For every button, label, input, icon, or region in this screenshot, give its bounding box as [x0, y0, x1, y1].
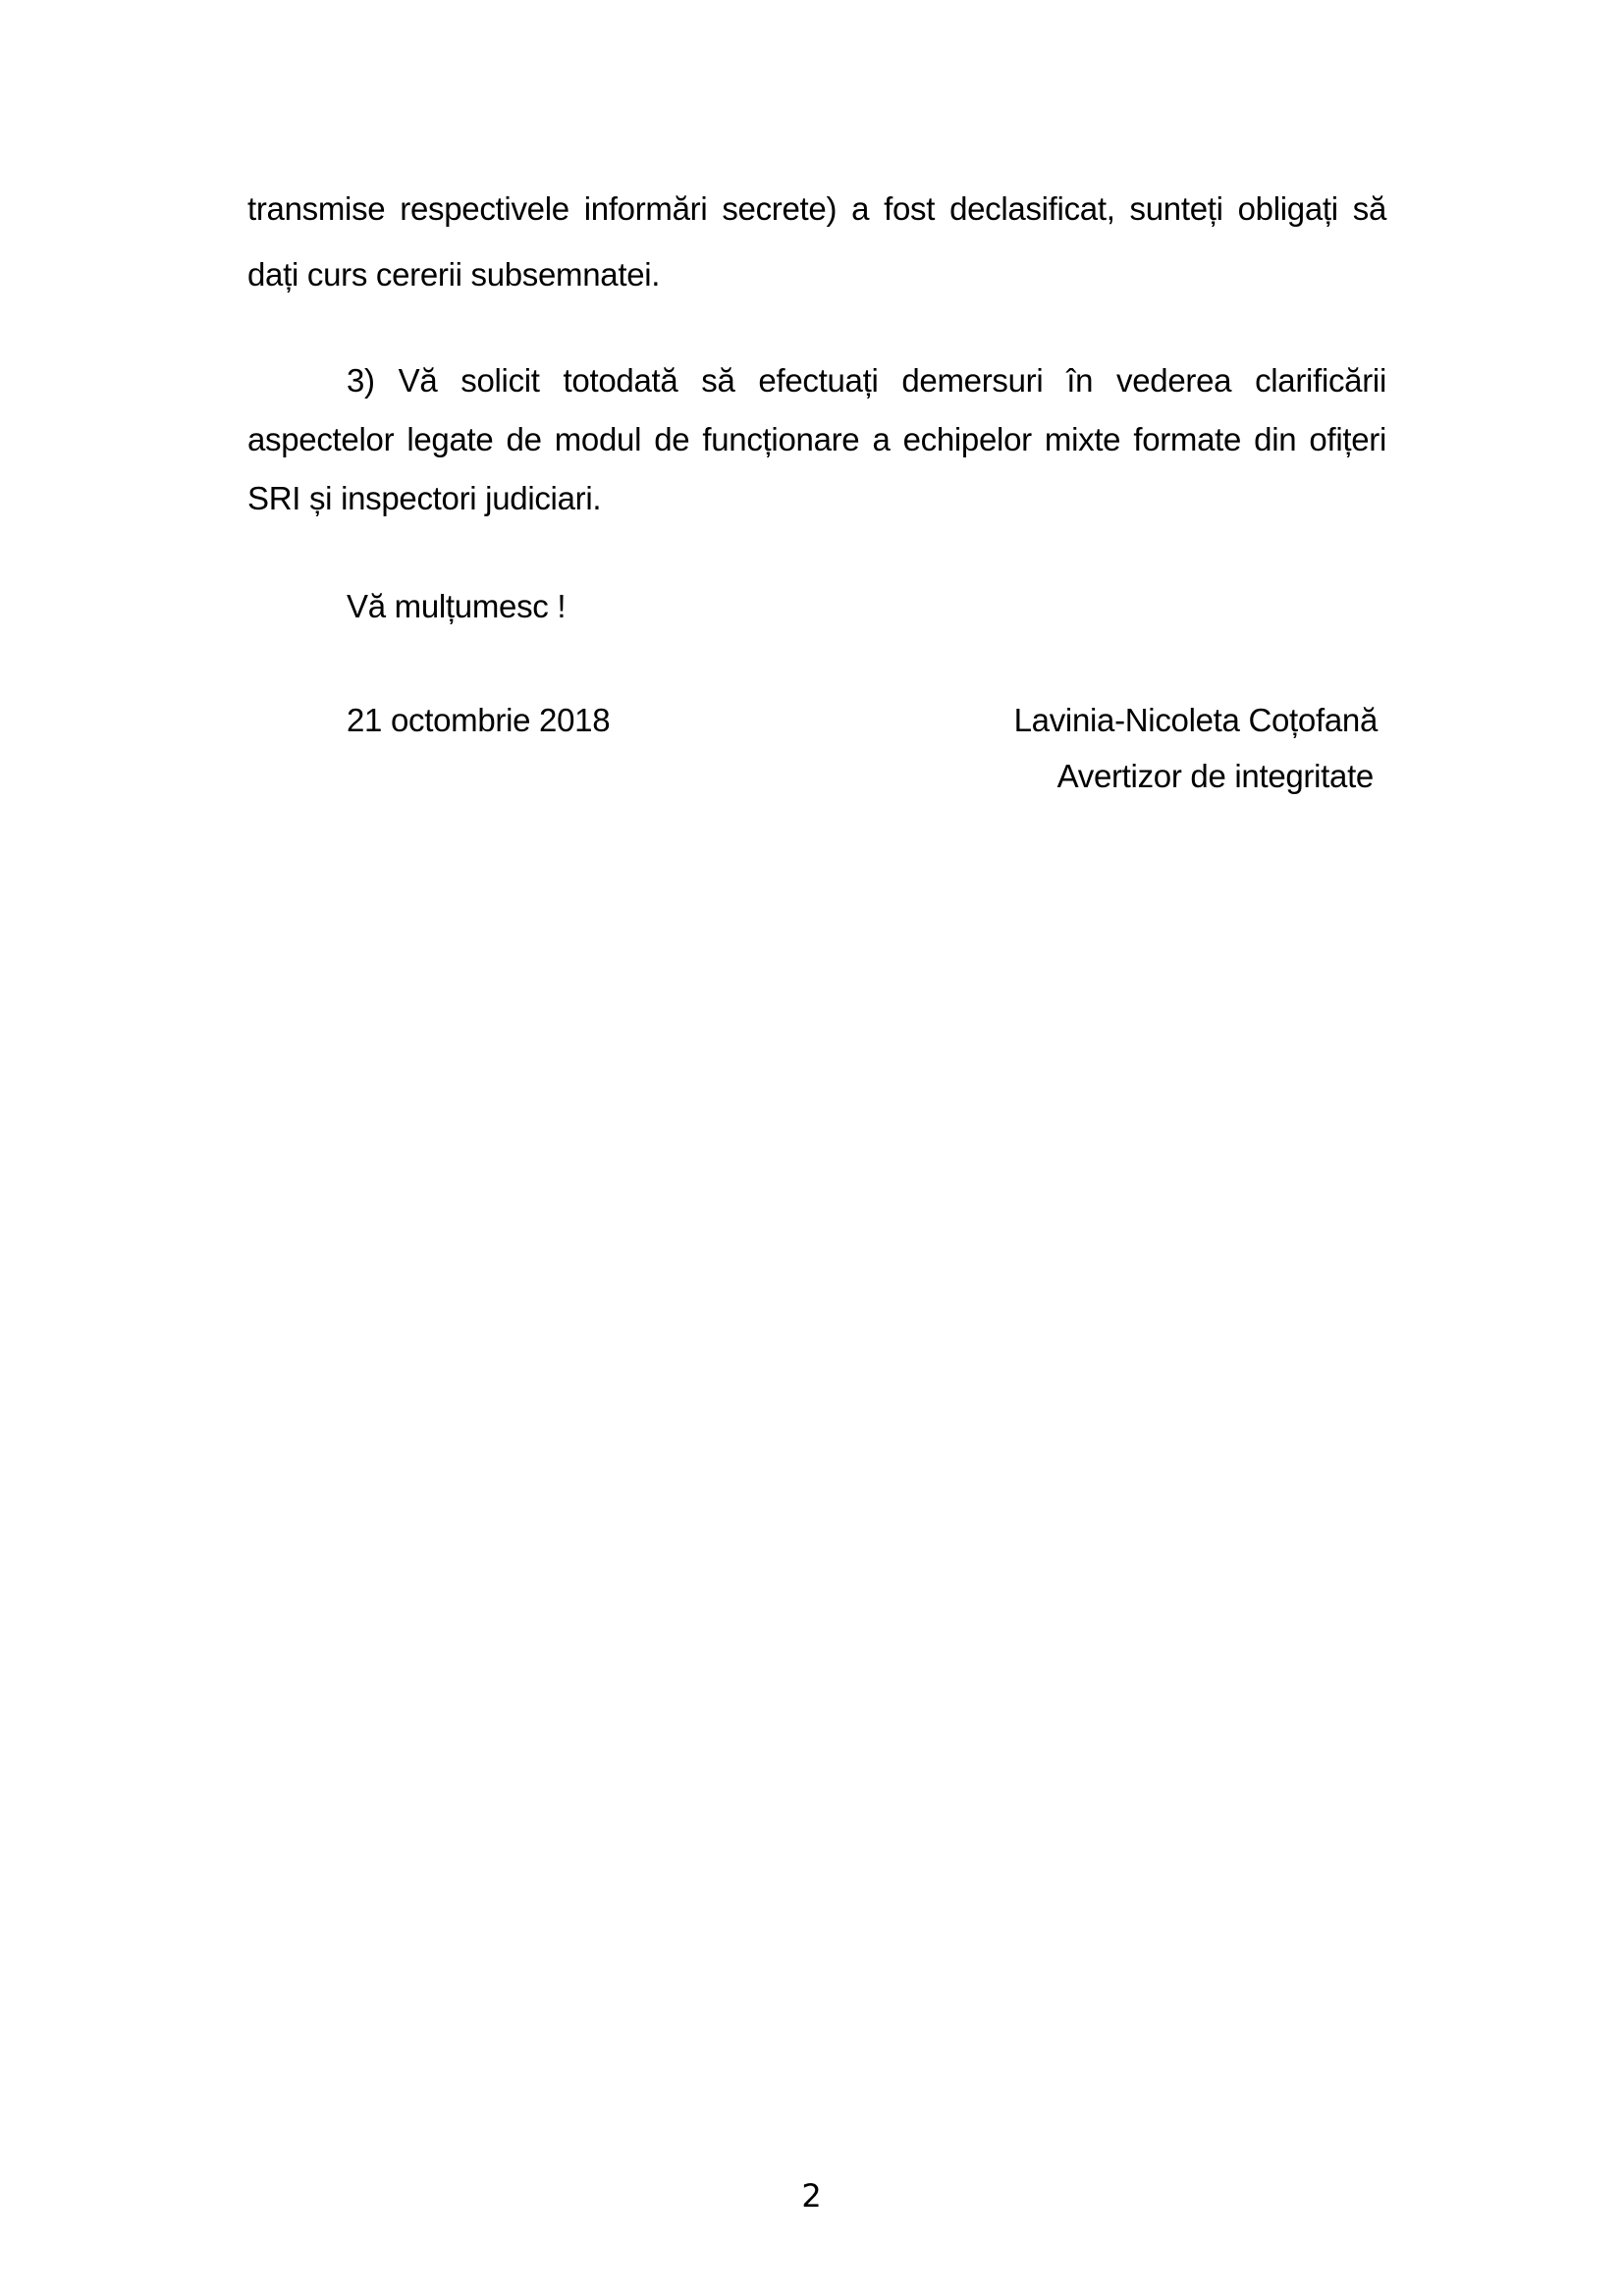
- paragraph2-line3: SRI și inspectori judiciari.: [247, 479, 1386, 518]
- closing-text: Vă mulțumesc !: [347, 587, 1386, 626]
- paragraph1-line1: transmise respectivele informări secrete…: [247, 189, 1386, 229]
- signature-title: Avertizor de integritate: [884, 757, 1374, 796]
- paragraph1-line2: dați curs cererii subsemnatei.: [247, 255, 1386, 294]
- paragraph2-line1: 3) Vă solicit totodată să efectuați deme…: [347, 361, 1386, 400]
- paragraph2-line2: aspectelor legate de modul de funcționar…: [247, 420, 1386, 459]
- signature-name: Lavinia-Nicoleta Coțofană: [884, 701, 1378, 740]
- page-number: 2: [0, 2177, 1623, 2215]
